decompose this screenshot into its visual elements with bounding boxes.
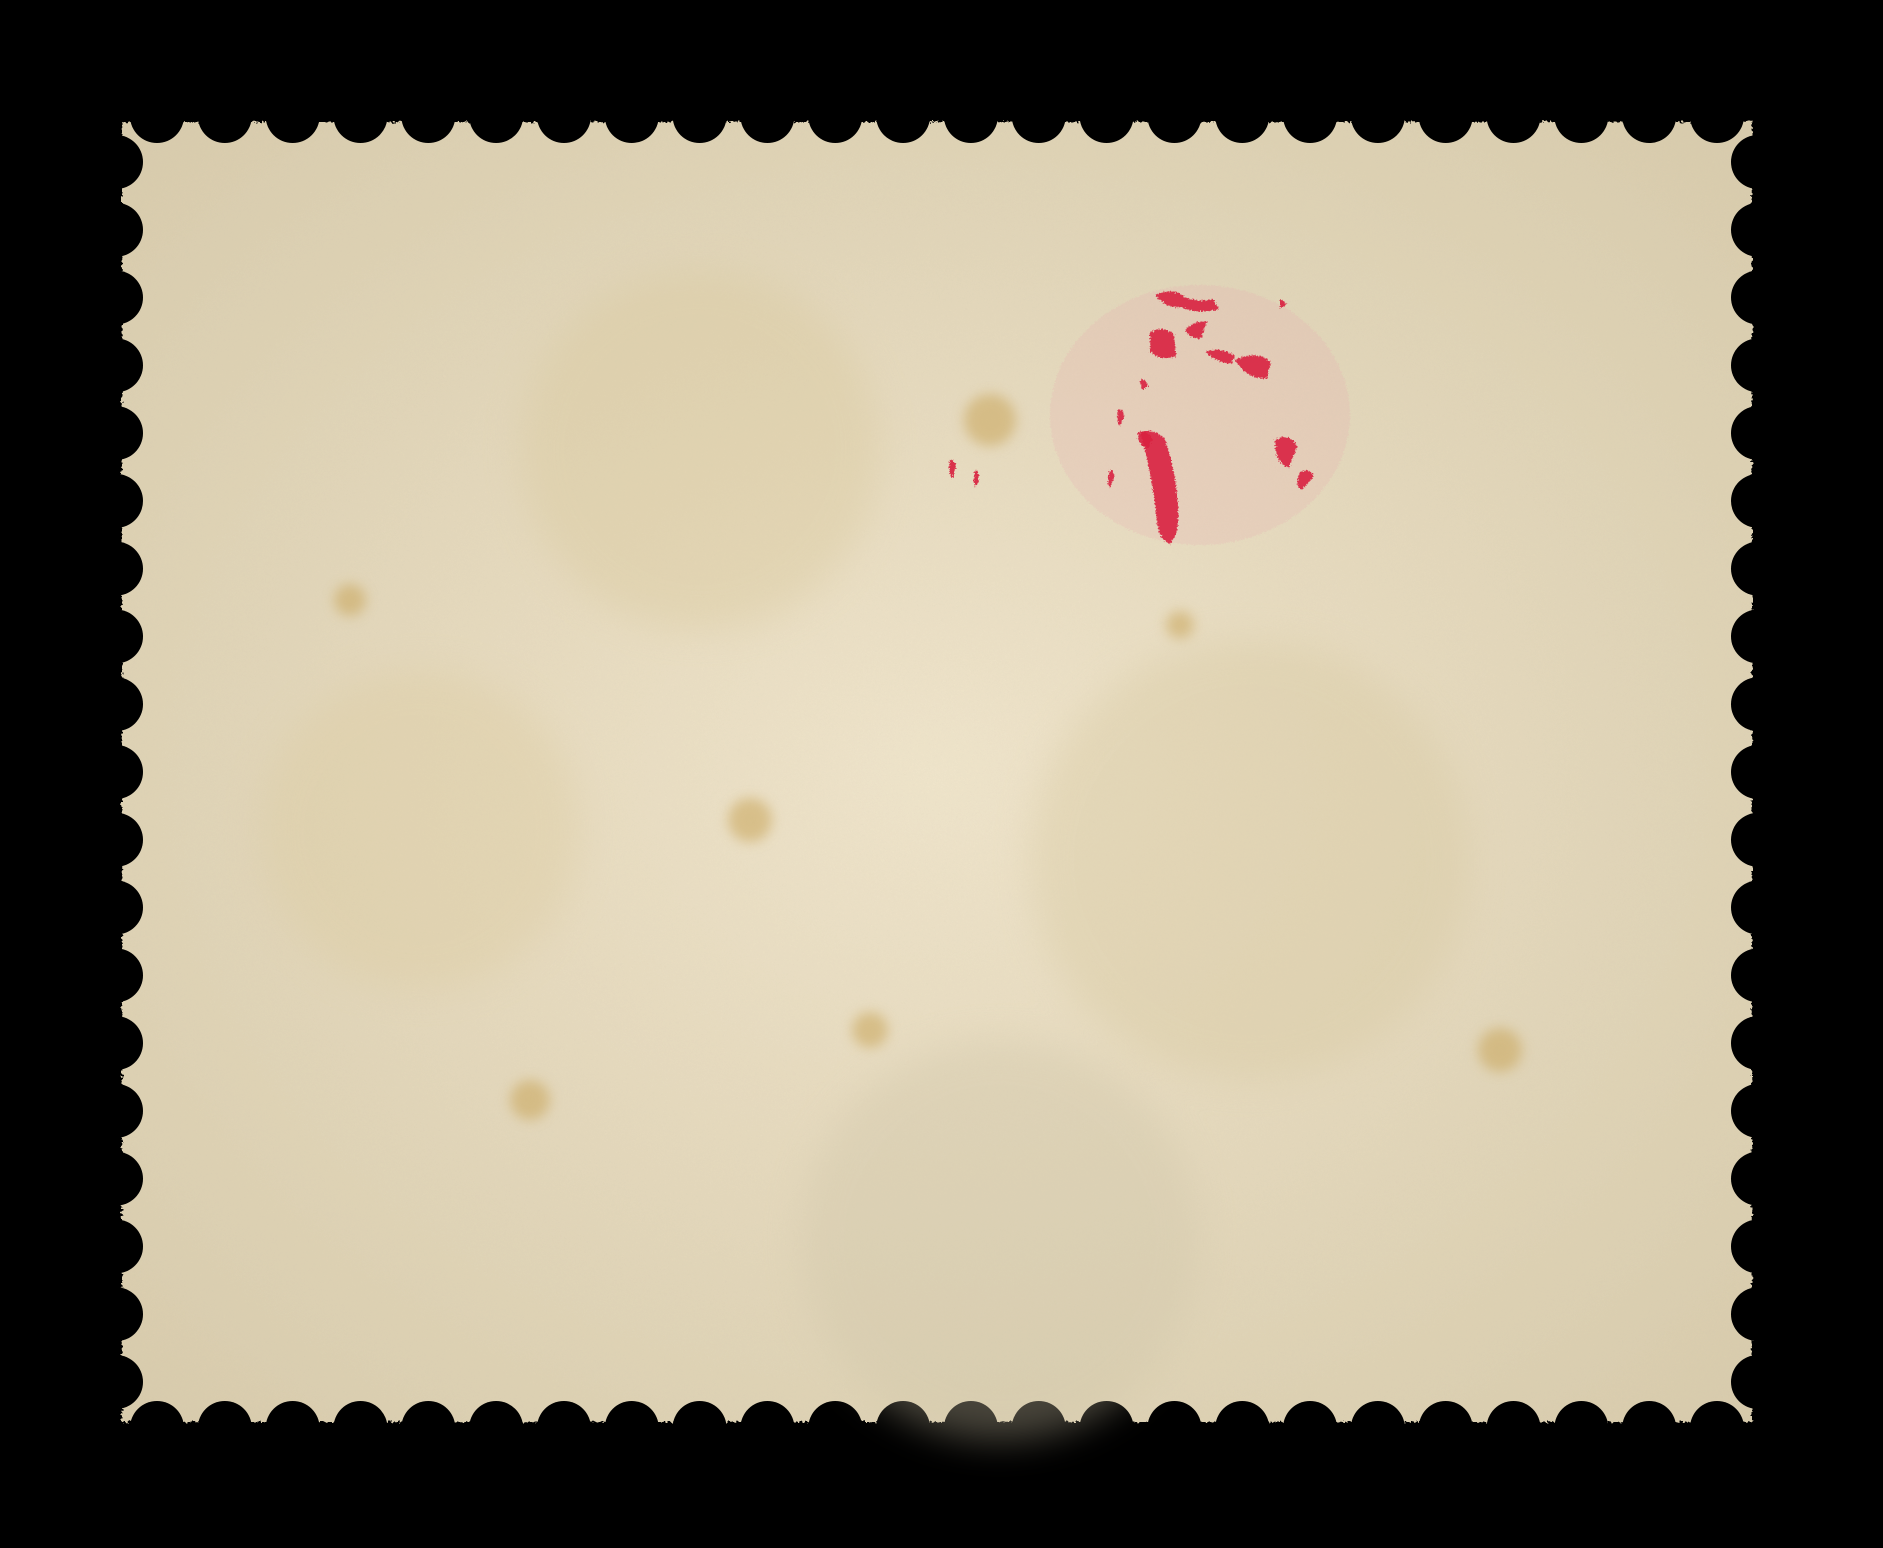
stamp-photo <box>0 0 1883 1548</box>
